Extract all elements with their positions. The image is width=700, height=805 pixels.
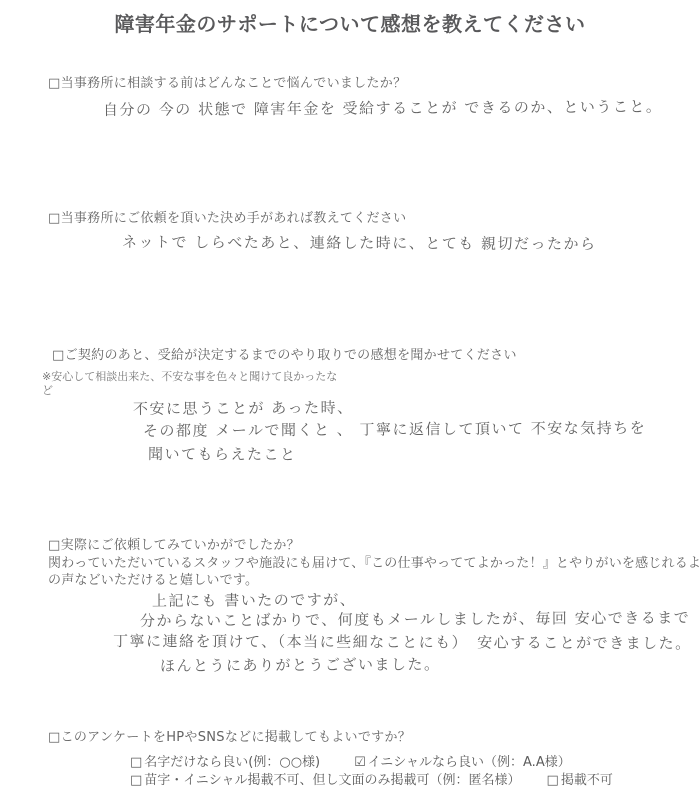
publish-options-row-2: □ 苗字・イニシャル掲載不可、但し文面のみ掲載可（例：匿名様） □ 掲載不可	[130, 769, 613, 788]
question-3-label: □ご契約のあと、受給が決定するまでのやり取りでの感想を聞かせてください	[52, 344, 517, 363]
scanned-survey-page: 障害年金のサポートについて感想を教えてください □当事務所に相談する前はどんなこ…	[0, 0, 700, 805]
answer-4-line-3: 丁寧に連絡を頂けて、（本当に些細なことにも） 安心することができました。	[113, 630, 692, 654]
answer-1-handwriting: 自分の 今の 状態で 障害年金を 受給することが できるのか、ということ。	[103, 96, 662, 120]
option-text-only-label: 苗字・イニシャル掲載不可、但し文面のみ掲載可（例：匿名様）	[144, 769, 520, 788]
page-title: 障害年金のサポートについて感想を教えてください	[0, 8, 700, 37]
option-no-publish-label: 掲載不可	[561, 769, 613, 788]
checkbox-unchecked-icon: □	[547, 773, 559, 788]
answer-4-line-4: ほんとうにありがとうございました。	[160, 653, 441, 676]
question-3-note-line2: ど	[42, 382, 53, 398]
question-4-label: □実際にご依頼してみていかがでしたか？	[48, 534, 300, 553]
question-4-description-line2: の声などいただけると嬉しいです。	[48, 569, 258, 588]
option-initials-ok-label: イニシャルなら良い（例：A.A様）	[368, 751, 571, 770]
answer-3-line-2: その都度 メールで聞くと 、 丁寧に返信して頂いて 不安な気持ちを	[143, 417, 646, 441]
answer-4-line-2: 分からないことばかりで、何度もメールしましたが、毎回 安心できるまで	[140, 607, 690, 631]
question-2-label: □当事務所にご依頼を頂いた決め手があれば教えてください	[48, 207, 406, 226]
checkbox-checked-icon: ☑	[354, 755, 366, 770]
answer-3-line-1: 不安に思うことが あった時、	[133, 397, 354, 419]
option-surname-only: □ 名字だけなら良い(例：○○様)	[130, 751, 320, 770]
answer-2-handwriting: ネットで しらべたあと、連絡した時に、とても 親切だったから	[122, 231, 597, 254]
question-3-note-line1: ※安心して相談出来た、不安な事を色々と聞けて良かったな	[42, 368, 337, 384]
option-text-only: □ 苗字・イニシャル掲載不可、但し文面のみ掲載可（例：匿名様）	[130, 769, 521, 788]
checkbox-unchecked-icon: □	[130, 755, 142, 770]
publish-options-row-1: □ 名字だけなら良い(例：○○様) ☑ イニシャルなら良い（例：A.A様）	[130, 751, 571, 770]
option-no-publish: □ 掲載不可	[547, 769, 613, 788]
question-1-label: □当事務所に相談する前はどんなことで悩んでいましたか？	[48, 72, 406, 91]
option-surname-only-label: 名字だけなら良い(例：○○様)	[144, 751, 320, 770]
option-initials-ok: ☑ イニシャルなら良い（例：A.A様）	[354, 751, 571, 770]
question-5-label: □このアンケートをHPやSNSなどに掲載してもよいですか？	[48, 726, 411, 745]
answer-4-line-1: 上記にも 書いたのですが、	[152, 589, 356, 611]
answer-3-line-3: 聞いてもらえたこと	[148, 443, 297, 465]
checkbox-unchecked-icon: □	[130, 773, 142, 788]
